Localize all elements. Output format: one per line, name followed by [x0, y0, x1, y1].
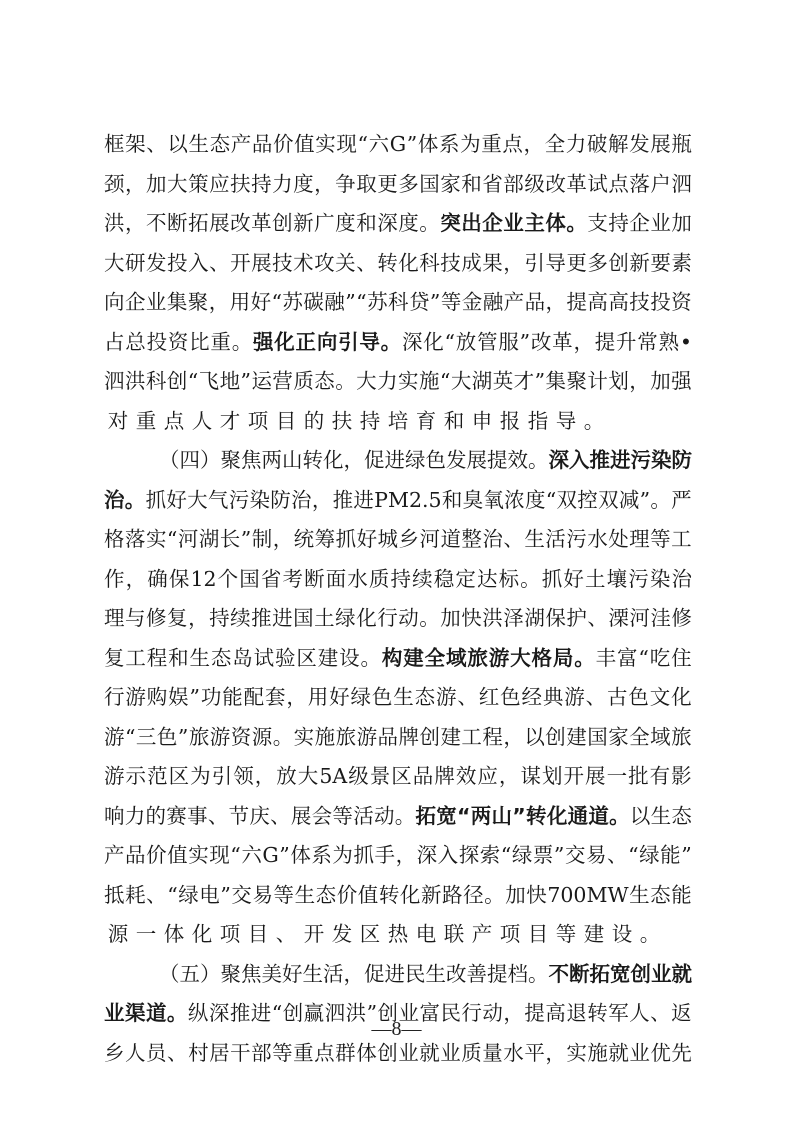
body-text: 耗 [125, 876, 146, 916]
body-text: 提 [487, 955, 508, 995]
body-text: 导 [552, 402, 580, 442]
body-text: 颈 [104, 165, 125, 205]
body-text: 5A [319, 757, 347, 797]
body-text: ， [546, 283, 567, 323]
body-text: 聚 [566, 362, 587, 402]
body-text: 果 [482, 244, 503, 284]
body-text: 用 [308, 678, 329, 718]
body-text: 域 [650, 718, 671, 758]
body-text: 科 [146, 362, 167, 402]
body-text: 促 [364, 441, 385, 481]
body-text: 票 [533, 836, 554, 876]
body-text: 统 [294, 520, 315, 560]
body-text: 工 [125, 639, 146, 679]
body-text: 价 [337, 876, 358, 916]
body-text: 应 [477, 757, 498, 797]
body-text: ” [407, 125, 417, 165]
body-text: 化 [398, 244, 419, 284]
bold-text: 入 [569, 441, 590, 481]
body-text: 入 [188, 244, 209, 284]
body-text: 化 [188, 915, 216, 955]
body-text: 展 [251, 244, 272, 284]
body-text: 以 [167, 125, 188, 165]
body-text: 新 [629, 244, 650, 284]
body-text: 资 [671, 283, 692, 323]
body-text: 施 [315, 718, 336, 758]
body-text: 入 [438, 836, 459, 876]
body-text: 绿 [512, 836, 533, 876]
body-text: 严 [671, 481, 692, 521]
body-text: 染 [249, 481, 270, 521]
body-text: 、 [587, 599, 608, 639]
body-text: ） [200, 441, 221, 481]
body-text: 重 [210, 323, 231, 363]
body-text: 个 [218, 560, 239, 600]
body-text: 生 [295, 876, 316, 916]
body-text: 制 [252, 520, 273, 560]
body-text: 点 [608, 165, 629, 205]
body-text: 家 [608, 718, 629, 758]
body-text: 、 [208, 797, 229, 837]
body-text: “ [125, 718, 135, 758]
body-text: 动 [398, 599, 419, 639]
bold-text: 引 [338, 323, 359, 363]
body-text: 服 [498, 323, 519, 363]
bold-text: 转 [526, 797, 547, 837]
body-text: 一 [607, 757, 628, 797]
body-text: 庆 [249, 797, 270, 837]
bold-text: 正 [296, 323, 317, 363]
body-text: 。 [232, 323, 253, 363]
body-text: 发 [446, 441, 467, 481]
body-text: 集 [546, 362, 567, 402]
body-text: 作 [104, 560, 125, 600]
body-text: 育 [412, 402, 440, 442]
bold-text: 化 [547, 797, 568, 837]
body-text: 、 [457, 678, 478, 718]
body-text: 对 [104, 402, 132, 442]
body-text: 湖 [199, 520, 220, 560]
body-text: 路 [442, 876, 463, 916]
body-text: 、 [272, 915, 300, 955]
body-text: 目 [272, 402, 300, 442]
body-text: 家 [440, 165, 461, 205]
body-text: 径 [463, 876, 484, 916]
body-text: 湖 [472, 362, 493, 402]
body-text: 领 [233, 757, 254, 797]
body-text: 产 [468, 915, 496, 955]
body-text: 面 [326, 560, 347, 600]
body-text: 开 [230, 244, 251, 284]
body-text: 用 [230, 283, 251, 323]
body-text: 与 [125, 599, 146, 639]
body-text: 行 [377, 599, 398, 639]
bold-text: 格 [532, 639, 553, 679]
body-text: 聚 [221, 441, 242, 481]
body-text: 、 [503, 520, 524, 560]
body-text: 和 [461, 165, 482, 205]
body-text: 、 [607, 836, 628, 876]
body-text: 色 [500, 678, 521, 718]
body-text: 资 [168, 323, 189, 363]
body-text: 。 [361, 639, 382, 679]
body-text: 施 [419, 362, 440, 402]
text-line: 抵耗、“绿电”交易等生态价值转化新路径。加快700MW生态能 [104, 876, 692, 916]
body-text: 700MW [547, 876, 628, 916]
body-text: 的 [146, 797, 167, 837]
body-text: 推 [333, 481, 354, 521]
body-text: 实 [398, 362, 419, 402]
bold-text: “ [457, 797, 470, 837]
text-line: 行游购娱”功能配套，用好绿色生态游、红色经典游、古色文化 [104, 678, 692, 718]
body-text: 深 [417, 836, 438, 876]
body-text: 投 [147, 323, 168, 363]
body-text: 成 [461, 244, 482, 284]
body-text: 革 [251, 204, 272, 244]
body-text: ， [125, 204, 146, 244]
bold-text: 建 [403, 639, 424, 679]
body-text: 改 [446, 955, 467, 995]
indent-space [104, 441, 132, 481]
body-text: 建 [580, 915, 608, 955]
body-text: 报 [496, 402, 524, 442]
body-text: 生 [524, 520, 545, 560]
bold-text: 化 [274, 323, 295, 363]
body-text: 善 [467, 955, 488, 995]
body-text: ” [220, 876, 230, 916]
body-text: 泗 [104, 362, 125, 402]
body-text: 度 [293, 165, 314, 205]
body-text: 力 [125, 797, 146, 837]
body-text: 重 [481, 125, 502, 165]
body-text: 体 [160, 915, 188, 955]
body-text: 溧 [608, 599, 629, 639]
body-text: 全 [629, 718, 650, 758]
document-body: 框架、以生态产品价值实现“六G”体系为重点，全力破解发展瓶颈，加大策应扶持力度，… [104, 125, 692, 1073]
body-text: 力 [272, 165, 293, 205]
body-text: 加 [146, 165, 167, 205]
body-text: 更 [377, 165, 398, 205]
body-text: 壤 [607, 560, 628, 600]
body-text: 联 [440, 915, 468, 955]
body-text: 、 [146, 125, 167, 165]
body-text: ， [188, 599, 209, 639]
body-text: “ [445, 323, 455, 363]
body-text: 程 [147, 639, 168, 679]
bold-text: 宽 [436, 797, 457, 837]
body-text: 取 [356, 165, 377, 205]
body-text: 革 [552, 323, 573, 363]
body-text: 事 [187, 797, 208, 837]
body-text: 续 [412, 560, 433, 600]
body-text: 瓶 [671, 125, 692, 165]
body-text: 交 [565, 836, 586, 876]
body-text: 。 [419, 599, 440, 639]
body-text: 两 [262, 441, 283, 481]
body-text: 好 [329, 678, 350, 718]
body-text: 化 [323, 441, 344, 481]
body-text: 向 [104, 283, 125, 323]
body-text: 绿 [350, 678, 371, 718]
body-text: 五 [180, 955, 201, 995]
body-text: 加 [671, 204, 692, 244]
body-text: 、 [146, 876, 167, 916]
body-text: 。 [636, 915, 664, 955]
body-text: 广 [314, 204, 335, 244]
body-text: 值 [167, 836, 188, 876]
text-line: 泗洪科创“飞地”运营质态。大力实施“大湖英才”集聚计划，加强 [104, 362, 692, 402]
body-text: 发 [629, 125, 650, 165]
bold-text: 通 [568, 797, 589, 837]
body-text: 工 [461, 718, 482, 758]
body-text: 持 [251, 165, 272, 205]
body-text: “ [272, 283, 282, 323]
bold-text: 局 [553, 639, 574, 679]
body-text: 贷 [409, 283, 430, 323]
body-text: ， [523, 125, 544, 165]
body-text: 古 [607, 678, 628, 718]
body-text: 范 [147, 757, 168, 797]
body-text: 才 [216, 402, 244, 442]
body-text: 价 [146, 836, 167, 876]
body-text: “ [356, 283, 366, 323]
body-text: 索 [480, 836, 501, 876]
body-text: 娱 [168, 678, 189, 718]
body-text: 。 [335, 362, 356, 402]
body-text: 苏 [282, 283, 303, 323]
body-text: 国 [419, 165, 440, 205]
body-text: 好 [282, 955, 303, 995]
bold-text: 构 [382, 639, 403, 679]
body-text: 大 [104, 244, 125, 284]
body-text: 湖 [524, 599, 545, 639]
body-text: 运 [251, 362, 272, 402]
body-text: 度 [335, 204, 356, 244]
body-text: 游 [125, 678, 146, 718]
body-text: 破 [587, 125, 608, 165]
body-text: 和 [356, 204, 377, 244]
body-text: 资 [231, 718, 252, 758]
body-text: 谋 [520, 757, 541, 797]
body-text: 值 [294, 125, 315, 165]
body-text: ， [503, 244, 524, 284]
body-text: “ [628, 836, 638, 876]
body-text: 治 [291, 481, 312, 521]
body-text: 污 [229, 481, 250, 521]
body-text: 技 [272, 244, 293, 284]
body-text: 态 [415, 678, 436, 718]
body-text: 国 [587, 718, 608, 758]
body-text: 地 [220, 362, 241, 402]
body-text: • [680, 323, 692, 363]
body-text: 色 [372, 678, 393, 718]
body-text: 土 [314, 599, 335, 639]
text-line: 向企业集聚，用好“苏碳融”“苏科贷”等金融产品，提高高技投资 [104, 283, 692, 323]
body-text: 续 [230, 599, 251, 639]
body-text: 产 [231, 125, 252, 165]
body-text: 区 [391, 757, 412, 797]
body-text: 目 [524, 915, 552, 955]
body-text: 多 [398, 165, 419, 205]
body-text: 试 [587, 165, 608, 205]
text-line: 复工程和生态岛试验区建设。构建全域旅游大格局。丰富“吃住 [104, 639, 692, 679]
body-text: 和 [442, 481, 463, 521]
body-text: 治 [482, 520, 503, 560]
body-text: 质 [369, 560, 390, 600]
bold-text: 道 [588, 797, 609, 837]
body-text: 等 [552, 915, 580, 955]
text-line: 产品价值实现“六G”体系为抓手，深入探索“绿票”交易、“绿能” [104, 836, 692, 876]
body-text: 等 [650, 520, 671, 560]
body-text: ， [125, 165, 146, 205]
body-text: 修 [146, 599, 167, 639]
body-text: 创 [545, 718, 566, 758]
body-text: 项 [496, 915, 524, 955]
body-text: 等 [332, 797, 353, 837]
body-text: 整 [461, 520, 482, 560]
body-text: 创 [272, 204, 293, 244]
body-text: ” [241, 362, 251, 402]
body-text: 实 [188, 836, 209, 876]
body-text: 争 [335, 165, 356, 205]
body-text: 关 [335, 244, 356, 284]
body-text: 泗 [671, 165, 692, 205]
body-text: 改 [545, 165, 566, 205]
indent-space [104, 955, 132, 995]
body-text: 品 [252, 125, 273, 165]
body-text: 复 [104, 639, 125, 679]
bold-text: 游 [489, 639, 510, 679]
body-text: 游 [436, 678, 457, 718]
body-text: 电 [199, 876, 220, 916]
body-text: 。 [528, 441, 549, 481]
body-text: 现 [209, 836, 230, 876]
body-text: 落 [125, 520, 146, 560]
body-text: ， [286, 678, 307, 718]
bold-text: 业 [503, 204, 524, 244]
body-text: 游 [357, 718, 378, 758]
body-text: 深 [402, 323, 423, 363]
body-text: 稳 [434, 560, 455, 600]
body-text: 减 [619, 481, 640, 521]
body-text: 、 [586, 678, 607, 718]
body-text: 治 [671, 560, 692, 600]
body-text: 态 [650, 876, 671, 916]
bold-text: 出 [461, 204, 482, 244]
body-text: 等 [441, 283, 462, 323]
body-text: 12 [190, 560, 216, 600]
body-text: 生 [190, 639, 211, 679]
body-text: 投 [650, 283, 671, 323]
bold-text: 进 [610, 441, 631, 481]
body-text: 系 [439, 125, 460, 165]
body-text: 科 [388, 283, 409, 323]
body-text: 开 [300, 915, 328, 955]
body-text: PM2.5 [374, 481, 441, 521]
body-text: 价 [273, 125, 294, 165]
body-text: 效 [508, 441, 529, 481]
body-text: ” [520, 323, 530, 363]
body-text: 度 [398, 204, 419, 244]
body-text: 能 [660, 836, 681, 876]
body-text: ， [314, 165, 335, 205]
body-text: 大 [356, 362, 377, 402]
body-text: 活 [323, 955, 344, 995]
body-text: 展 [585, 757, 606, 797]
body-text: 创 [167, 362, 188, 402]
body-text: 快 [461, 599, 482, 639]
text-line: 游“三色”旅游资源。实施旅游品牌创建工程，以创建国家全域旅 [104, 718, 692, 758]
body-text: 化 [423, 323, 444, 363]
body-text: 改 [230, 204, 251, 244]
body-text: G [390, 125, 406, 165]
text-line: 作，确保12个国省考断面水质持续稳定达标。抓好土壤污染治 [104, 560, 692, 600]
body-text: 源 [104, 915, 132, 955]
body-text: 试 [254, 639, 275, 679]
body-text: 抓 [542, 560, 563, 600]
body-text: 游 [104, 718, 125, 758]
text-line: 对重点人才项目的扶持培育和申报指导。 [104, 402, 692, 442]
body-text: 进 [353, 481, 374, 521]
body-text: ” [430, 283, 440, 323]
body-text: 提 [595, 323, 616, 363]
body-text: 氧 [483, 481, 504, 521]
body-text: 效 [456, 757, 477, 797]
body-text: 保 [169, 560, 190, 600]
body-text: 级 [348, 757, 369, 797]
body-text: 活 [353, 797, 374, 837]
body-text: 态 [671, 797, 692, 837]
body-text: 总 [125, 323, 146, 363]
body-text: 土 [585, 560, 606, 600]
body-text: 实 [315, 125, 336, 165]
body-text: 气 [208, 481, 229, 521]
body-text: 民 [405, 955, 426, 995]
bold-text: 域 [446, 639, 467, 679]
body-text: 融 [483, 283, 504, 323]
body-text: 绿 [178, 876, 199, 916]
body-text: 占 [104, 323, 125, 363]
body-text: “ [358, 125, 368, 165]
body-text: 四 [180, 441, 201, 481]
body-text: “ [546, 481, 556, 521]
text-line: 源一体化项目、开发区热电联产项目等建设。 [104, 915, 692, 955]
body-text: 支 [587, 204, 608, 244]
body-text: 架 [125, 125, 146, 165]
text-line: （五）聚焦美好生活，促进民生改善提档。不断拓宽创业就 [104, 955, 692, 995]
body-text: 进 [272, 599, 293, 639]
body-text: 吃 [650, 639, 671, 679]
body-text: 提 [566, 283, 587, 323]
body-text: ， [344, 441, 365, 481]
body-text: 住 [671, 639, 692, 679]
body-text: 创 [419, 718, 440, 758]
body-text: 计 [587, 362, 608, 402]
bold-text: 山 [492, 797, 513, 837]
body-text: 泽 [503, 599, 524, 639]
body-text: 申 [468, 402, 496, 442]
body-text: 苏 [367, 283, 388, 323]
body-text: 展 [650, 125, 671, 165]
body-text: 。 [528, 955, 549, 995]
body-text: 焦 [241, 955, 262, 995]
body-text: 品 [125, 836, 146, 876]
body-text: 洪 [482, 599, 503, 639]
body-text: 加 [505, 876, 526, 916]
body-text: 引 [212, 757, 233, 797]
body-text: 控 [577, 481, 598, 521]
body-text: ， [273, 520, 294, 560]
